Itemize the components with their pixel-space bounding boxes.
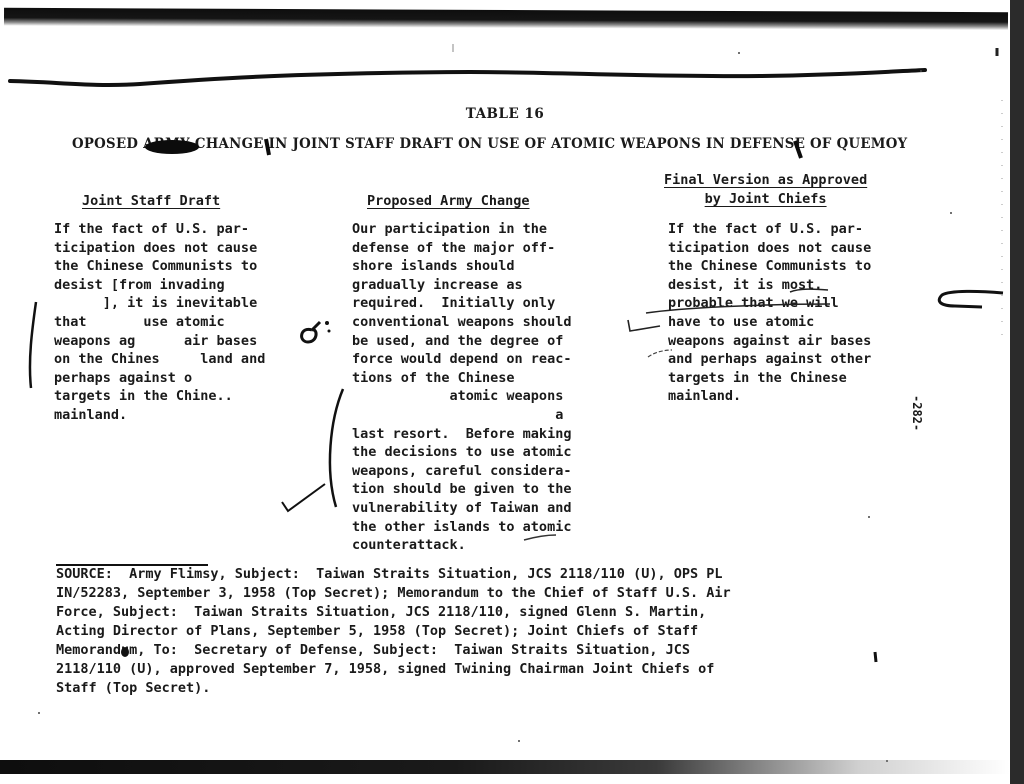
source-citation: SOURCE: Army Flimsy, Subject: Taiwan Str…	[56, 565, 731, 698]
column-heading-joint-staff-draft: Joint Staff Draft	[82, 193, 220, 209]
column-heading-proposed-army-change: Proposed Army Change	[367, 193, 530, 209]
margin-bracket-left	[30, 302, 36, 388]
column-heading-final-version: Final Version as Approved by Joint Chief…	[664, 171, 867, 209]
page-number: -282-	[910, 395, 924, 431]
margin-bracket-center	[330, 389, 343, 507]
table-label: TABLE 16	[0, 106, 1010, 122]
checkmark	[282, 484, 325, 511]
scan-bottom-edge	[0, 760, 1010, 774]
hand-drawn-top-rule	[0, 60, 1010, 90]
column-joint-staff-draft-text: If the fact of U.S. par- ticipation does…	[54, 220, 265, 425]
scan-top-edge	[4, 8, 1008, 30]
margin-hook-mark	[939, 291, 1003, 307]
table-title: OPOSED ARMY CHANGE IN JOINT STAFF DRAFT …	[72, 136, 907, 152]
scanned-page: TABLE 16 OPOSED ARMY CHANGE IN JOINT STA…	[0, 0, 1010, 784]
column-final-version-text: If the fact of U.S. par- ticipation does…	[668, 220, 871, 406]
scan-right-border	[1010, 0, 1024, 784]
column-proposed-army-change-text: Our participation in the defense of the …	[352, 220, 571, 555]
